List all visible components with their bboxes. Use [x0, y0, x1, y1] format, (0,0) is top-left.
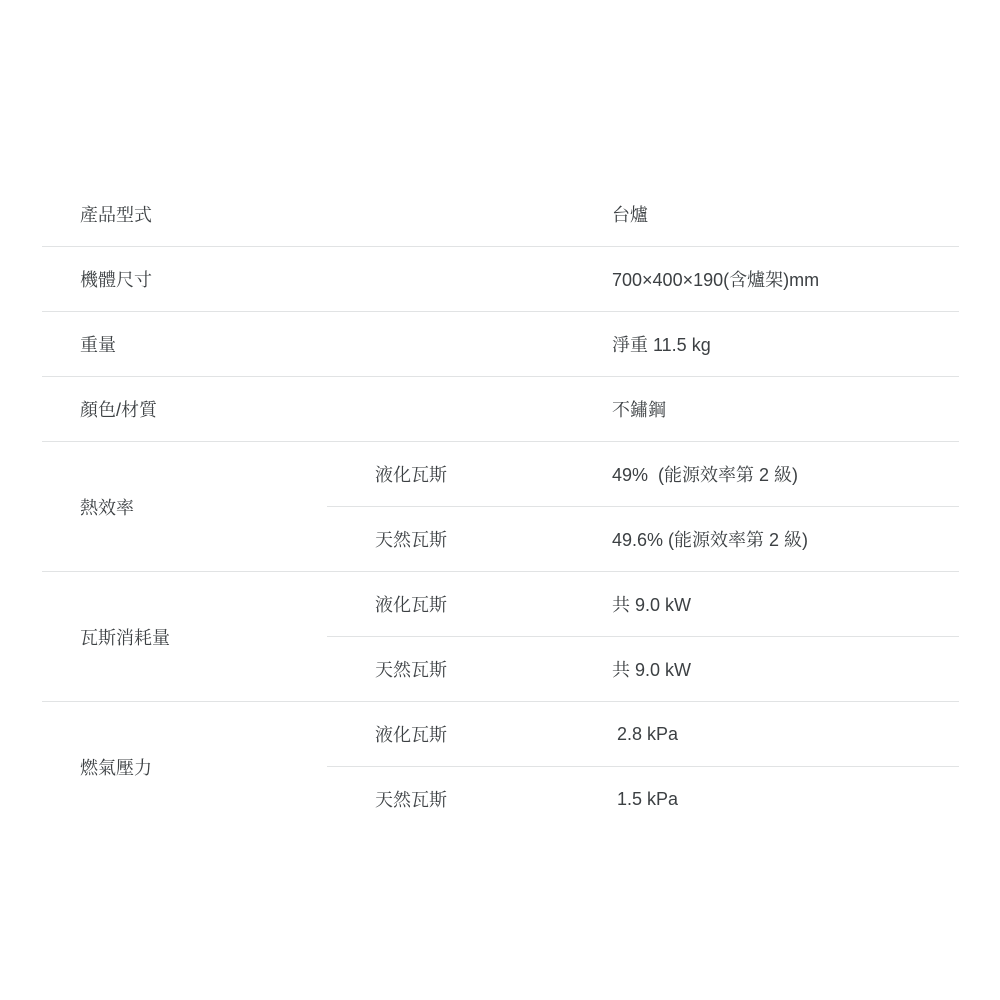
spec-value: 700×400×190(含爐架)mm	[612, 247, 959, 311]
spec-subrow-lpg: 液化瓦斯 2.8 kPa	[327, 702, 959, 767]
spec-value: 共 9.0 kW	[612, 637, 959, 701]
spec-subrow-natural-gas: 天然瓦斯 共 9.0 kW	[327, 637, 959, 701]
spec-row-weight: 重量 淨重 11.5 kg	[42, 312, 959, 377]
spec-group-gas-consumption: 瓦斯消耗量 液化瓦斯 共 9.0 kW 天然瓦斯 共 9.0 kW	[42, 572, 959, 702]
spec-value: 49% (能源效率第 2 級)	[612, 442, 959, 506]
spec-group-thermal-efficiency: 熱效率 液化瓦斯 49% (能源效率第 2 級) 天然瓦斯 49.6% (能源效…	[42, 442, 959, 572]
spec-subrow-natural-gas: 天然瓦斯 1.5 kPa	[327, 767, 959, 831]
spec-value-text: 2.8 kPa	[612, 724, 678, 745]
spec-value: 不鏽鋼	[612, 377, 959, 441]
spec-sublabel-text: 天然瓦斯	[375, 786, 447, 812]
spec-label: 顏色/材質	[42, 377, 327, 441]
spec-row-product-type: 產品型式 台爐	[42, 182, 959, 247]
spec-spacer	[327, 377, 612, 441]
spec-subrows: 液化瓦斯 2.8 kPa 天然瓦斯 1.5 kPa	[327, 702, 959, 831]
spec-sublabel: 天然瓦斯	[327, 637, 612, 701]
spec-label-text: 機體尺寸	[80, 266, 152, 292]
spec-label: 重量	[42, 312, 327, 376]
spec-label-text: 顏色/材質	[80, 396, 157, 422]
spec-sublabel-text: 天然瓦斯	[375, 526, 447, 552]
spec-sublabel-text: 液化瓦斯	[375, 721, 447, 747]
spec-sublabel-text: 天然瓦斯	[375, 656, 447, 682]
spec-row-dimensions: 機體尺寸 700×400×190(含爐架)mm	[42, 247, 959, 312]
spec-sublabel: 液化瓦斯	[327, 572, 612, 636]
spec-label: 產品型式	[42, 182, 327, 246]
spec-label-text: 產品型式	[80, 201, 152, 227]
spec-value-text: 共 9.0 kW	[612, 591, 691, 617]
spec-value: 共 9.0 kW	[612, 572, 959, 636]
spec-sublabel-text: 液化瓦斯	[375, 591, 447, 617]
spec-sublabel: 液化瓦斯	[327, 702, 612, 766]
spec-group-label-text: 瓦斯消耗量	[80, 624, 170, 650]
spec-value: 2.8 kPa	[612, 702, 959, 766]
spec-value-text: 49% (能源效率第 2 級)	[612, 461, 798, 487]
spec-value: 1.5 kPa	[612, 767, 959, 831]
spec-value-text: 1.5 kPa	[612, 789, 678, 810]
spec-label-text: 重量	[80, 331, 116, 357]
spec-value-text: 不鏽鋼	[612, 396, 666, 422]
spec-spacer	[327, 312, 612, 376]
spec-spacer	[327, 247, 612, 311]
spec-value: 49.6% (能源效率第 2 級)	[612, 507, 959, 571]
spec-group-label-text: 熱效率	[80, 494, 134, 520]
spec-value: 淨重 11.5 kg	[612, 312, 959, 376]
spec-value-text: 49.6% (能源效率第 2 級)	[612, 526, 808, 552]
spec-sublabel: 液化瓦斯	[327, 442, 612, 506]
spec-subrow-lpg: 液化瓦斯 49% (能源效率第 2 級)	[327, 442, 959, 507]
spec-subrows: 液化瓦斯 49% (能源效率第 2 級) 天然瓦斯 49.6% (能源效率第 2…	[327, 442, 959, 571]
spec-spacer	[327, 182, 612, 246]
product-spec-table: 產品型式 台爐 機體尺寸 700×400×190(含爐架)mm 重量 淨重 11…	[42, 182, 959, 831]
spec-subrows: 液化瓦斯 共 9.0 kW 天然瓦斯 共 9.0 kW	[327, 572, 959, 701]
spec-sublabel: 天然瓦斯	[327, 507, 612, 571]
spec-value-text: 淨重 11.5 kg	[612, 331, 711, 357]
spec-group-label: 瓦斯消耗量	[42, 572, 327, 701]
spec-group-gas-pressure: 燃氣壓力 液化瓦斯 2.8 kPa 天然瓦斯 1.5 kPa	[42, 702, 959, 831]
spec-sublabel-text: 液化瓦斯	[375, 461, 447, 487]
spec-value-text: 台爐	[612, 201, 648, 227]
spec-row-color-material: 顏色/材質 不鏽鋼	[42, 377, 959, 442]
spec-sublabel: 天然瓦斯	[327, 767, 612, 831]
spec-value-text: 共 9.0 kW	[612, 656, 691, 682]
spec-group-label: 熱效率	[42, 442, 327, 571]
spec-label: 機體尺寸	[42, 247, 327, 311]
spec-value: 台爐	[612, 182, 959, 246]
spec-group-label: 燃氣壓力	[42, 702, 327, 831]
spec-subrow-lpg: 液化瓦斯 共 9.0 kW	[327, 572, 959, 637]
spec-group-label-text: 燃氣壓力	[80, 754, 152, 780]
spec-subrow-natural-gas: 天然瓦斯 49.6% (能源效率第 2 級)	[327, 507, 959, 571]
spec-value-text: 700×400×190(含爐架)mm	[612, 266, 819, 292]
